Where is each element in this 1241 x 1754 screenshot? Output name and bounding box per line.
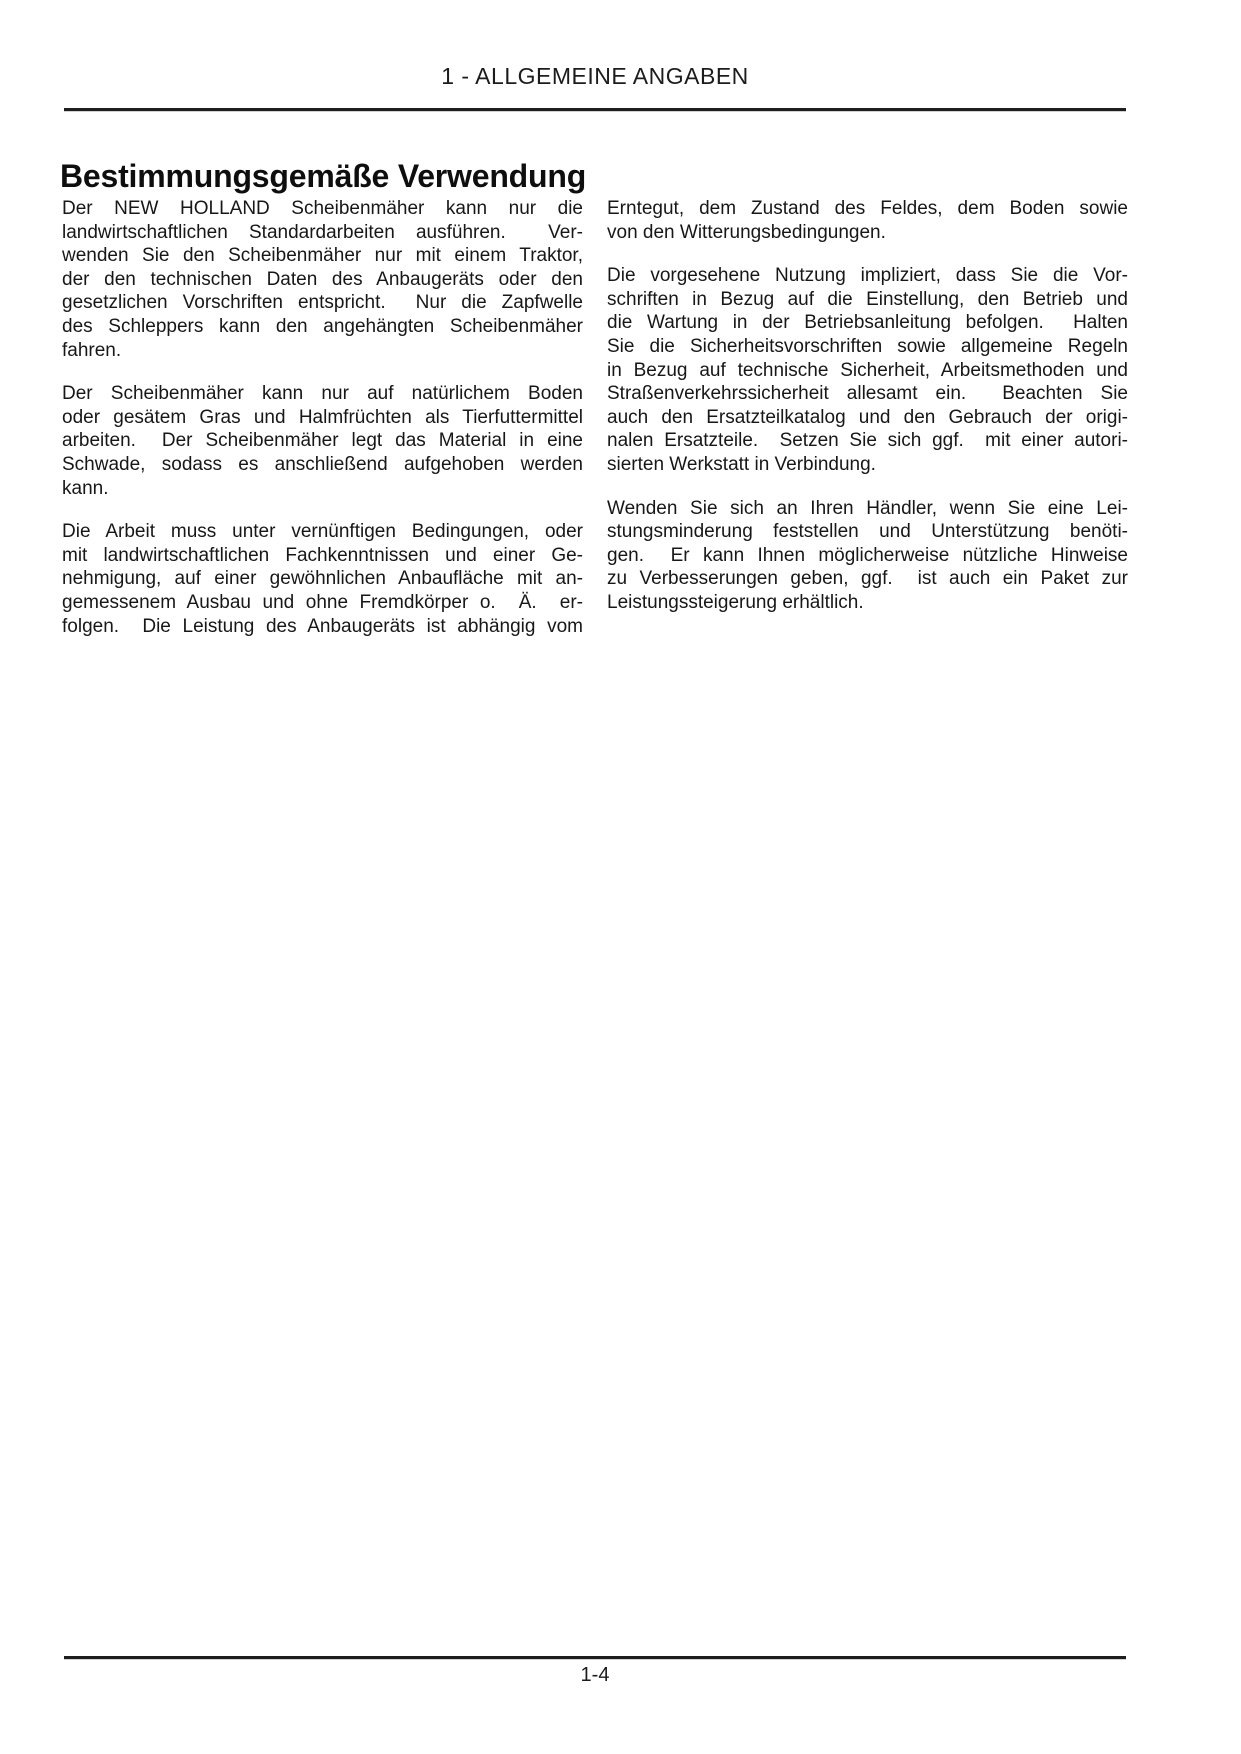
text-line: der den technischen Daten des Anbaugerät… xyxy=(62,268,583,292)
running-header: 1 - ALLGEMEINE ANGABEN xyxy=(62,63,1128,91)
text-line: Wenden Sie sich an Ihren Händler, wenn S… xyxy=(607,497,1128,521)
text-line: sierten Werkstatt in Verbindung. xyxy=(607,453,1128,477)
text-line: schriften in Bezug auf die Einstellung, … xyxy=(607,288,1128,312)
paragraph: Die vorgesehene Nutzung impliziert, dass… xyxy=(607,264,1128,476)
footer-rule xyxy=(64,1656,1126,1659)
header-rule xyxy=(64,108,1126,111)
text-line: von den Witterungsbedingungen. xyxy=(607,221,1128,245)
text-column-left: Der NEW HOLLAND Scheibenmäher kann nur d… xyxy=(62,197,583,638)
paragraph: Der NEW HOLLAND Scheibenmäher kann nur d… xyxy=(62,197,583,362)
text-line: Sie die Sicherheitsvorschriften sowie al… xyxy=(607,335,1128,359)
text-line: gen. Er kann Ihnen möglicherweise nützli… xyxy=(607,544,1128,568)
text-line: Straßenverkehrssicherheit allesamt ein. … xyxy=(607,382,1128,406)
body-columns: Der NEW HOLLAND Scheibenmäher kann nur d… xyxy=(62,197,1128,638)
text-column-right: Erntegut, dem Zustand des Feldes, dem Bo… xyxy=(607,197,1128,638)
paragraph: Die Arbeit muss unter vernünftigen Bedin… xyxy=(62,520,583,638)
text-line: nehmigung, auf einer gewöhnlichen Anbauf… xyxy=(62,567,583,591)
text-line: landwirtschaftlichen Standardarbeiten au… xyxy=(62,221,583,245)
text-line: folgen. Die Leistung des Anbaugeräts ist… xyxy=(62,615,583,639)
text-line: in Bezug auf technische Sicherheit, Arbe… xyxy=(607,359,1128,383)
section-title: Bestimmungsgemäße Verwendung xyxy=(60,157,586,195)
text-line: nalen Ersatzteile. Setzen Sie sich ggf. … xyxy=(607,429,1128,453)
text-line: mit landwirtschaftlichen Fachkenntnissen… xyxy=(62,544,583,568)
text-line: arbeiten. Der Scheibenmäher legt das Mat… xyxy=(62,429,583,453)
text-line: gemessenem Ausbau und ohne Fremdkörper o… xyxy=(62,591,583,615)
text-line: Der NEW HOLLAND Scheibenmäher kann nur d… xyxy=(62,197,583,221)
text-line: zu Verbesserungen geben, ggf. ist auch e… xyxy=(607,567,1128,591)
text-line: wenden Sie den Scheibenmäher nur mit ein… xyxy=(62,244,583,268)
text-line: die Wartung in der Betriebsanleitung bef… xyxy=(607,311,1128,335)
paragraph: Erntegut, dem Zustand des Feldes, dem Bo… xyxy=(607,197,1128,244)
text-line: des Schleppers kann den angehängten Sche… xyxy=(62,315,583,339)
text-line: Die vorgesehene Nutzung impliziert, dass… xyxy=(607,264,1128,288)
paragraph: Wenden Sie sich an Ihren Händler, wenn S… xyxy=(607,497,1128,615)
text-line: Schwade, sodass es anschließend aufgehob… xyxy=(62,453,583,477)
text-line: stungsminderung feststellen und Unterstü… xyxy=(607,520,1128,544)
text-line: gesetzlichen Vorschriften entspricht. Nu… xyxy=(62,291,583,315)
text-line: auch den Ersatzteilkatalog und den Gebra… xyxy=(607,406,1128,430)
paragraph: Der Scheibenmäher kann nur auf natürlich… xyxy=(62,382,583,500)
text-line: Erntegut, dem Zustand des Feldes, dem Bo… xyxy=(607,197,1128,221)
text-line: kann. xyxy=(62,477,583,501)
document-page: 1 - ALLGEMEINE ANGABEN Bestimmungsgemäße… xyxy=(0,0,1241,1754)
text-line: oder gesätem Gras und Halmfrüchten als T… xyxy=(62,406,583,430)
text-line: fahren. xyxy=(62,339,583,363)
text-line: Der Scheibenmäher kann nur auf natürlich… xyxy=(62,382,583,406)
text-line: Die Arbeit muss unter vernünftigen Bedin… xyxy=(62,520,583,544)
page-number: 1-4 xyxy=(62,1663,1128,1687)
text-line: Leistungssteigerung erhältlich. xyxy=(607,591,1128,615)
